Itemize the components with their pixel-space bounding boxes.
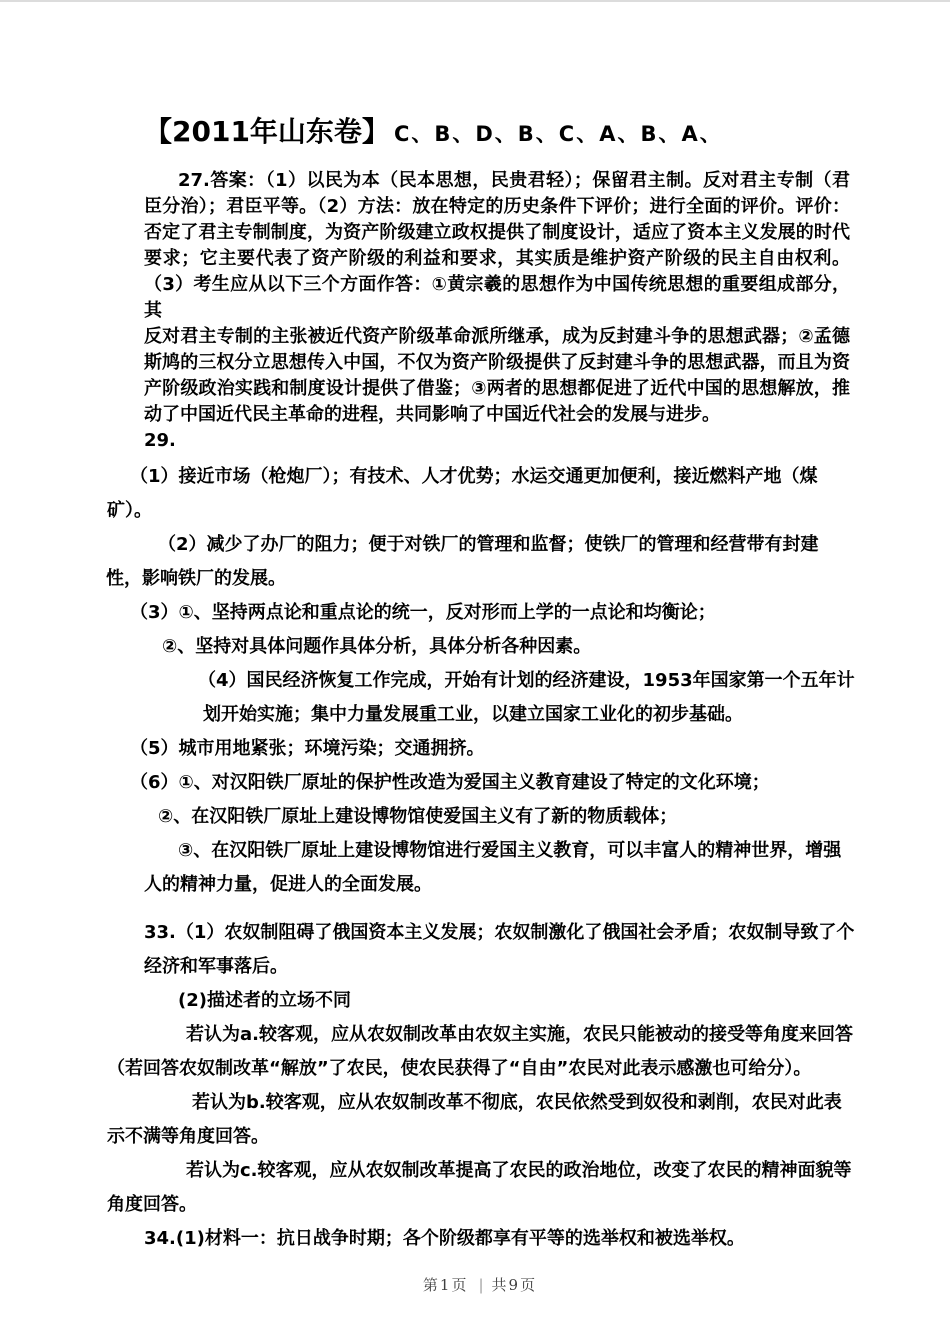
answer-line: （5）城市用地紧张；环境污染；交通拥挤。 (130, 732, 850, 766)
answer-line: 34.(1)材料一：抗日战争时期；各个阶级都享有平等的选举权和被选举权。 (144, 1222, 850, 1256)
total-pages-label: 共9页 (492, 1276, 538, 1294)
answer-line: 人的精神力量，促进人的全面发展。 (144, 868, 850, 902)
exam-header: 【2011年山东卷】C、B、D、B、C、A、B、A、 (144, 112, 850, 154)
current-page-label: 第1页 (423, 1276, 469, 1294)
answer-line: 若认为b.较客观，应从农奴制改革不彻底，农民依然受到奴役和剥削，农民对此表 (192, 1086, 850, 1120)
answer-line: (2)描述者的立场不同 (178, 984, 850, 1018)
answer-line: 否定了君主专制制度，为资产阶级建立政权提供了制度设计，适应了资本主义发展的时代 (144, 220, 850, 246)
answer-line: ②、在汉阳铁厂原址上建设博物馆使爱国主义有了新的物质载体； (158, 800, 850, 834)
answer-line: ②、坚持对具体问题作具体分析，具体分析各种因素。 (162, 630, 850, 664)
answer-line: 臣分治）；君臣平等。（2）方法：放在特定的历史条件下评价；进行全面的评价。评价： (144, 194, 850, 220)
answer-line: 划开始实施；集中力量发展重工业，以建立国家工业化的初步基础。 (203, 698, 850, 732)
answer-line: 性，影响铁厂的发展。 (106, 562, 850, 596)
page-footer: 第1页|共9页 (127, 1274, 833, 1295)
document-content: 【2011年山东卷】C、B、D、B、C、A、B、A、 27.答案：（1）以民为本… (0, 2, 950, 1295)
answer-27-paragraph: 27.答案：（1）以民为本（民本思想，民贵君轻）；保留君主制。反对君主专制（君 … (144, 168, 850, 428)
answer-line: 经济和军事落后。 (144, 950, 850, 984)
footer-separator: | (478, 1276, 485, 1294)
answer-line: 33.（1）农奴制阻碍了俄国资本主义发展；农奴制激化了俄国社会矛盾；农奴制导致了… (144, 916, 850, 950)
multiple-choice-answers: C、B、D、B、C、A、B、A、 (394, 122, 723, 146)
exam-tag: 【2011年山东卷】 (144, 115, 390, 148)
answer-line: 若认为a.较客观，应从农奴制改革由农奴主实施，农民只能被动的接受等角度来回答 (186, 1018, 850, 1052)
answer-line: （若回答农奴制改革“解放”了农民，使农民获得了“自由”农民对此表示感激也可给分）… (107, 1052, 850, 1086)
answer-line: 角度回答。 (107, 1188, 850, 1222)
answer-line: 斯鸠的三权分立思想传入中国，不仅为资产阶级提供了反封建斗争的思想武器，而且为资 (144, 350, 850, 376)
answer-line: 27.答案：（1）以民为本（民本思想，民贵君轻）；保留君主制。反对君主专制（君 (144, 168, 850, 194)
answer-line: 产阶级政治实践和制度设计提供了借鉴；③两者的思想都促进了近代中国的思想解放，推 (144, 376, 850, 402)
answer-line: （6）①、对汉阳铁厂原址的保护性改造为爱国主义教育建设了特定的文化环境； (130, 766, 850, 800)
answer-line: ③、在汉阳铁厂原址上建设博物馆进行爱国主义教育，可以丰富人的精神世界，增强 (178, 834, 850, 868)
answer-line: 若认为c.较客观，应从农奴制改革提高了农民的政治地位，改变了农民的精神面貌等 (186, 1154, 850, 1188)
answer-line: （2）减少了办厂的阻力；便于对铁厂的管理和监督；使铁厂的管理和经营带有封建 (158, 528, 850, 562)
answer-line: （4）国民经济恢复工作完成，开始有计划的经济建设，1953年国家第一个五年计 (198, 664, 850, 698)
answer-line: 反对君主专制的主张被近代资产阶级革命派所继承，成为反封建斗争的思想武器；②孟德 (144, 324, 850, 350)
document-page: { "colors": { "page_background": "#fffff… (0, 0, 950, 1344)
answer-line: （1）接近市场（枪炮厂）；有技术、人才优势；水运交通更加便利，接近燃料产地（煤 (130, 460, 850, 494)
question-29-number: 29. (144, 428, 850, 454)
answer-line: （3）考生应从以下三个方面作答：①黄宗羲的思想作为中国传统思想的重要组成部分，其 (144, 272, 850, 324)
answer-line: （3）①、坚持两点论和重点论的统一，反对形而上学的一点论和均衡论； (130, 596, 850, 630)
answer-line: 矿）。 (107, 494, 850, 528)
answer-line: 要求；它主要代表了资产阶级的利益和要求，其实质是维护资产阶级的民主自由权利。 (144, 246, 850, 272)
answer-line: 动了中国近代民主革命的进程，共同影响了中国近代社会的发展与进步。 (144, 402, 850, 428)
answer-line: 示不满等角度回答。 (107, 1120, 850, 1154)
